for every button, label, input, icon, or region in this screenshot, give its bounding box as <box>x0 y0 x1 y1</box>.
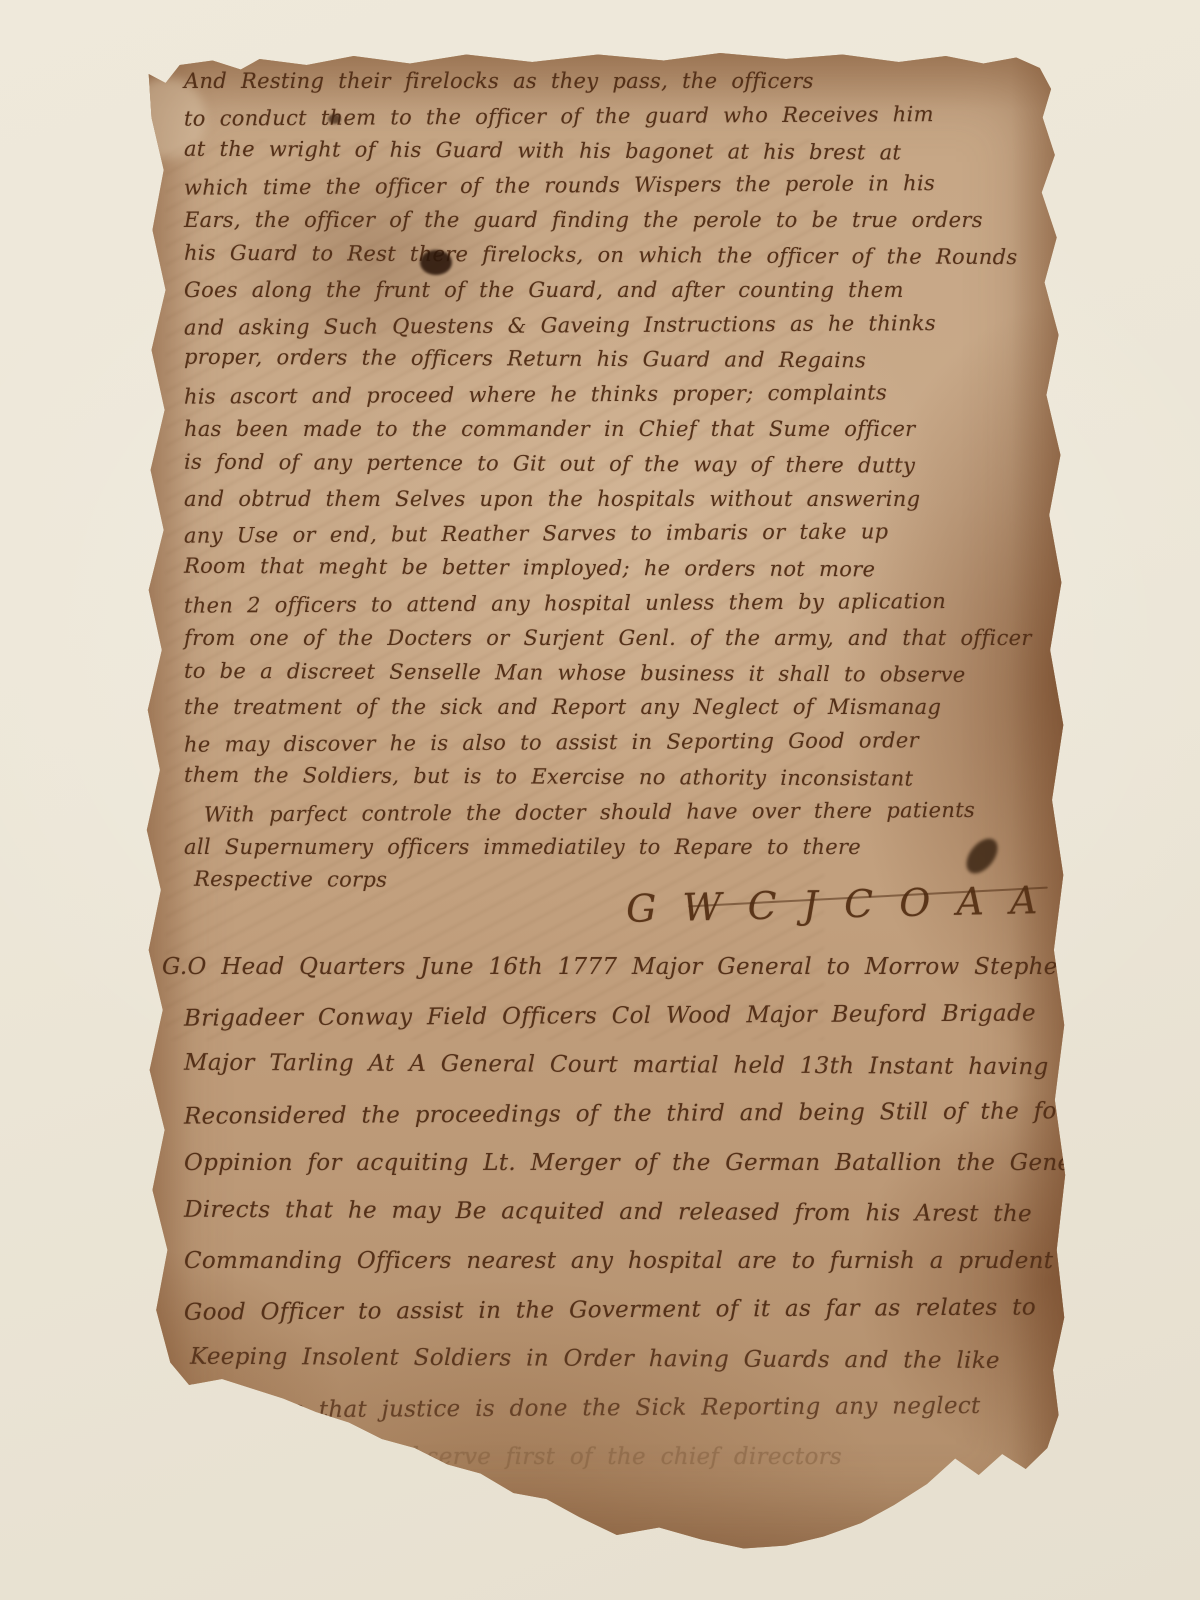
handwriting-layer: And Resting their firelocks as they pass… <box>128 50 1068 1550</box>
manuscript-line: he may discover he is also to assist in … <box>184 722 1060 762</box>
signature-flourish: G W C J C O A A <box>626 877 1068 931</box>
manuscript-line: Good Officer to assist in the Goverment … <box>184 1283 1060 1337</box>
manuscript-line: to conduct them to the officer of the gu… <box>184 96 1060 136</box>
manuscript-line: at the wright of his Guard with his bago… <box>184 131 1060 170</box>
manuscript-line: to be a discreet Senselle Man whose busi… <box>184 653 1060 692</box>
manuscript-line: Goes along the frunt of the Guard, and a… <box>184 273 1060 308</box>
manuscript-line: the treatment of the sick and Report any… <box>184 690 1060 725</box>
manuscript-line: Reconsidered the proceedings of the thir… <box>184 1087 1060 1141</box>
manuscript-line: And Resting their firelocks as they pass… <box>184 64 1060 99</box>
manuscript-line: proper, orders the officers Return his G… <box>184 340 1060 379</box>
manuscript-line: Directs that he may Be acquited and rele… <box>184 1186 1060 1240</box>
manuscript-line: his Guard to Rest there firelocks, on wh… <box>184 236 1060 275</box>
manuscript-line: from one of the Docters or Surjent Genl.… <box>184 621 1060 656</box>
manuscript-line: his ascort and proceed where he thinks p… <box>184 374 1060 414</box>
manuscript-line: any Use or end, but Reather Sarves to im… <box>184 514 1060 554</box>
manuscript-line: and asking Such Questens & Gaveing Instr… <box>184 305 1060 345</box>
manuscript-line: has been made to the commander in Chief … <box>184 412 1060 447</box>
general-orders-section-2: G.O Head Quarters June 16th 1777 Major G… <box>184 943 1060 1482</box>
manuscript-line: all Supernumery officers immediatiley to… <box>184 830 1060 865</box>
ink-blot <box>328 114 341 124</box>
manuscript-line: Major Tarling At A General Court martial… <box>184 1039 1060 1093</box>
manuscript-line: then 2 officers to attend any hospital u… <box>184 583 1060 623</box>
manuscript-line: them the Soldiers, but is to Exercise no… <box>184 758 1060 797</box>
manuscript-paper: And Resting their firelocks as they pass… <box>128 50 1068 1550</box>
manuscript-line: Commanding Officers nearest any hospital… <box>184 1237 1060 1286</box>
manuscript-line: Room that meght be better imployed; he o… <box>184 549 1060 588</box>
manuscript-line: Oppinion for acquiting Lt. Merger of the… <box>184 1139 1060 1188</box>
manuscript-line: which time the officer of the rounds Wis… <box>184 166 1060 206</box>
manuscript-line: and obtrud them Selves upon the hospital… <box>184 482 1060 517</box>
ink-blot <box>420 250 452 275</box>
manuscript-line: is fond of any pertence to Git out of th… <box>184 444 1060 483</box>
general-orders-section-1: And Resting their firelocks as they pass… <box>184 64 1060 899</box>
manuscript-line: Ears, the officer of the guard finding t… <box>184 203 1060 238</box>
manuscript-line: Keeping Insolent Soldiers in Order havin… <box>190 1333 1060 1387</box>
manuscript-line: G.O Head Quarters June 16th 1777 Major G… <box>162 943 1060 992</box>
manuscript-line: With parfect controle the docter should … <box>204 792 1060 832</box>
manuscript-line: Brigadeer Conway Field Officers Col Wood… <box>184 989 1060 1043</box>
